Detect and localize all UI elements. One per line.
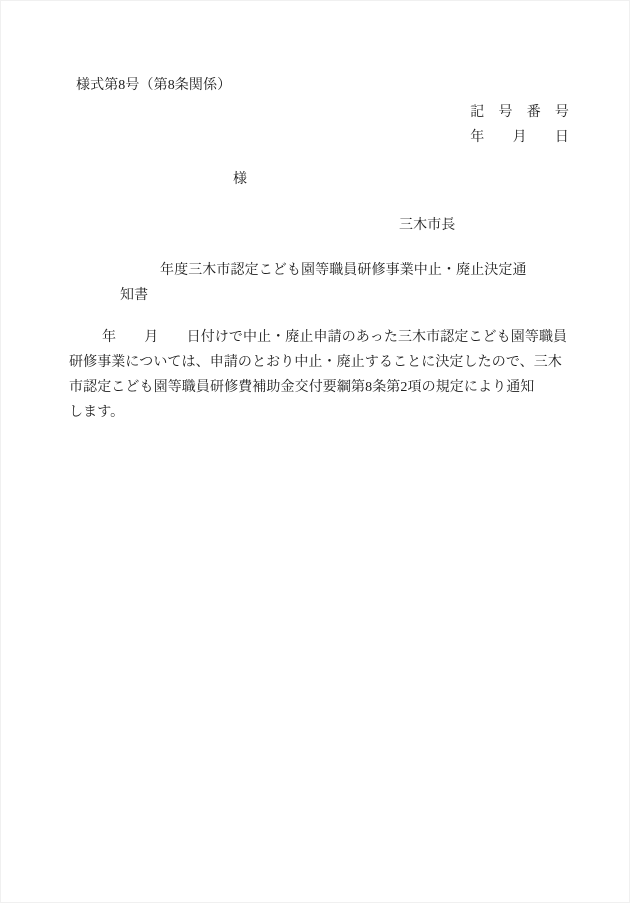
document-page: 様式第8号（第8条関係） 記 号 番 号 年 月 日 様 三木市長 年度三木市認… [0, 0, 630, 903]
addressee-honorific: 様 [233, 171, 247, 188]
reference-number-line: 記 号 番 号 [1, 104, 569, 121]
form-number-label: 様式第8号（第8条関係） [76, 77, 231, 94]
body-line-2: 研修事業については、申請のとおり中止・廃止することに決定したので、三木 [69, 354, 562, 371]
body-line-1: 年 月 日付けで中止・廃止申請のあった三木市認定こども園等職員 [102, 329, 567, 346]
body-line-4: します。 [69, 404, 124, 421]
document-title-line-2: 知書 [120, 287, 148, 304]
body-line-3: 市認定こども園等職員研修費補助金交付要綱第8条第2項の規定により通知 [69, 379, 534, 396]
sender-name: 三木市長 [399, 217, 455, 234]
document-title-line-1: 年度三木市認定こども園等職員研修事業中止・廃止決定通 [160, 262, 527, 279]
date-line: 年 月 日 [1, 129, 569, 146]
